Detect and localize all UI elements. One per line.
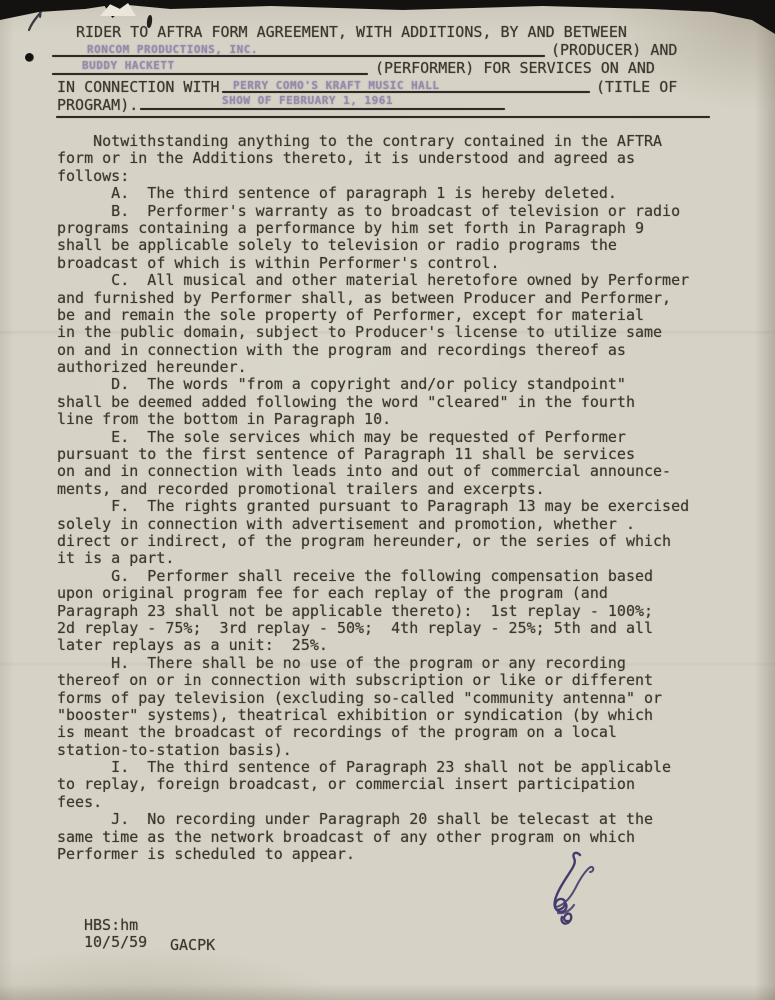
body-line: is meant the broadcast of recordings of … — [57, 724, 737, 741]
body-line: on and in connection with the program an… — [57, 342, 737, 359]
body-line: direct or indirect, of the program hereu… — [57, 533, 737, 550]
body-line: pursuant to the first sentence of Paragr… — [57, 446, 737, 463]
body-line: Notwithstanding anything to the contrary… — [57, 133, 737, 150]
body-line: line from the bottom in Paragraph 10. — [57, 411, 737, 428]
body-line: follows: — [57, 168, 737, 185]
document-page: RIDER TO AFTRA FORM AGREEMENT, WITH ADDI… — [0, 0, 775, 1000]
body-line: solely in connection with advertisement … — [57, 516, 737, 533]
body-line: E. The sole services which may be reques… — [57, 429, 737, 446]
body-line: G. Performer shall receive the following… — [57, 568, 737, 585]
connection-prefix: IN CONNECTION WITH — [57, 79, 220, 96]
stray-ink-mark: , — [55, 386, 64, 404]
program-title-stamp: PERRY COMO'S KRAFT MUSIC HALL — [233, 79, 440, 92]
performer-label: (PERFORMER) FOR SERVICES ON AND — [375, 60, 655, 77]
body-line: in the public domain, subject to Produce… — [57, 324, 737, 341]
body-line: later replays as a unit: 25%. — [57, 637, 737, 654]
body-line: "booster" systems), theatrical exhibitio… — [57, 707, 737, 724]
body-line: H. There shall be no use of the program … — [57, 655, 737, 672]
body-line: be and remain the sole property of Perfo… — [57, 307, 737, 324]
body-line: I. The third sentence of Paragraph 23 sh… — [57, 759, 737, 776]
performer-name-stamp: BUDDY HACKETT — [82, 59, 175, 72]
body-line: shall be applicable solely to television… — [57, 237, 737, 254]
body-line: upon original program fee for each repla… — [57, 585, 737, 602]
staple-hole — [25, 53, 34, 62]
pen-mark — [20, 4, 50, 34]
body-line: broadcast of which is within Performer's… — [57, 255, 737, 272]
body-line: on and in connection with leads into and… — [57, 463, 737, 480]
body-line: A. The third sentence of paragraph 1 is … — [57, 185, 737, 202]
body-line: C. All musical and other material hereto… — [57, 272, 737, 289]
title-of-label: (TITLE OF — [596, 79, 677, 96]
body-line: J. No recording under Paragraph 20 shall… — [57, 811, 737, 828]
body-line: same time as the network broadcast of an… — [57, 829, 737, 846]
program-date-stamp: SHOW OF FEBRUARY 1, 1961 — [222, 94, 393, 107]
producer-label: (PRODUCER) AND — [551, 42, 677, 59]
body-line: fees. — [57, 794, 737, 811]
body-line: forms of pay television (excluding so-ca… — [57, 690, 737, 707]
signature-scribble — [546, 848, 606, 920]
body-line: F. The rights granted pursuant to Paragr… — [57, 498, 737, 515]
body-line: and furnished by Performer shall, as bet… — [57, 290, 737, 307]
body-line: Performer is scheduled to appear. — [57, 846, 737, 863]
program-date-underline — [140, 108, 505, 110]
program-label: PROGRAM). — [57, 97, 138, 114]
body-line: thereof on or in connection with subscri… — [57, 672, 737, 689]
body-line: B. Performer's warranty as to broadcast … — [57, 203, 737, 220]
body-line: Paragraph 23 shall not be applicable the… — [57, 603, 737, 620]
body-line: it is a part. — [57, 550, 737, 567]
paper-sheet: RIDER TO AFTRA FORM AGREEMENT, WITH ADDI… — [0, 0, 775, 1000]
body-line: programs containing a performance by him… — [57, 220, 737, 237]
body-line: station-to-station basis). — [57, 742, 737, 759]
body-line: 2d replay - 75%; 3rd replay - 50%; 4th r… — [57, 620, 737, 637]
footer-date: 10/5/59 — [84, 933, 147, 951]
footer-code: GACPK — [170, 936, 215, 954]
body-line: to replay, foreign broadcast, or commerc… — [57, 776, 737, 793]
body-text: Notwithstanding anything to the contrary… — [57, 133, 737, 863]
program-bottom-underline — [56, 116, 710, 118]
body-line: shall be deemed added following the word… — [57, 394, 737, 411]
body-line: form or in the Additions thereto, it is … — [57, 150, 737, 167]
producer-name-stamp: RONCOM PRODUCTIONS, INC. — [87, 43, 258, 56]
footer-initials: HBS:hm — [84, 916, 138, 934]
body-line: D. The words "from a copyright and/or po… — [57, 376, 737, 393]
body-line: authorized hereunder. — [57, 359, 737, 376]
header-title: RIDER TO AFTRA FORM AGREEMENT, WITH ADDI… — [76, 24, 627, 41]
performer-blank-underline — [52, 73, 368, 75]
body-line: ments, and recorded promotional trailers… — [57, 481, 737, 498]
